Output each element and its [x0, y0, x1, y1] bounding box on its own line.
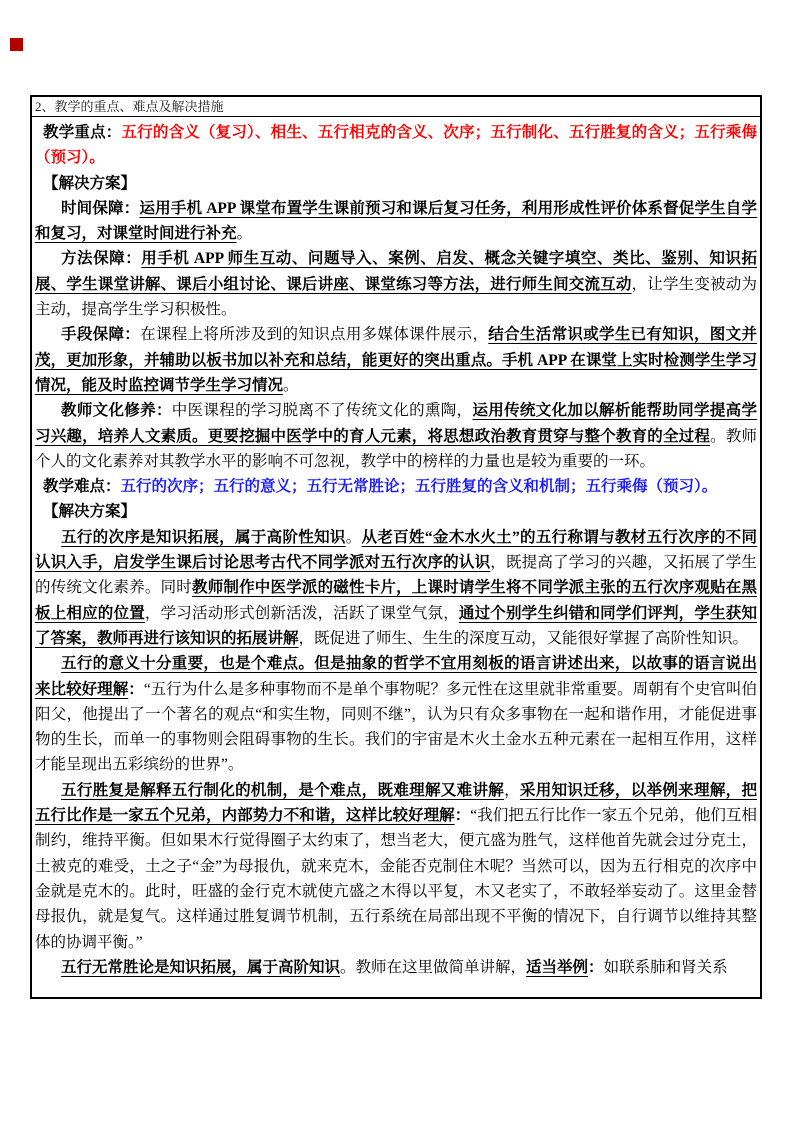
text-run: 教师文化修养： — [61, 402, 172, 419]
paragraph: 五行无常胜论是知识拓展，属于高阶知识。教师在这里做简单讲解，适当举例：如联系肺和… — [35, 955, 757, 980]
paragraph: 教学难点：五行的次序；五行的意义；五行无常胜论；五行胜复的含义和机制；五行乘侮（… — [35, 474, 757, 499]
text-run: 五行无常胜论是知识拓展，属于高阶知识 — [61, 959, 340, 976]
text-run: 适当举例 — [526, 959, 588, 976]
text-run: ，学习活动形式创新活泼，活跃了课堂气氛， — [145, 605, 459, 622]
text-run: ： — [128, 681, 144, 698]
text-run: 如联系肺和肾关系 — [604, 959, 728, 976]
text-run: 教学重点： — [43, 124, 121, 141]
section-header-row: 2、教学的重点、难点及解决措施 — [32, 97, 760, 117]
paragraph: 【解决方案】 — [35, 171, 757, 196]
lesson-plan-table: 2、教学的重点、难点及解决措施 教学重点：五行的含义（复习）、相生、五行相克的含… — [30, 95, 762, 999]
text-run: 。 — [237, 225, 253, 242]
document-page: 2、教学的重点、难点及解决措施 教学重点：五行的含义（复习）、相生、五行相克的含… — [0, 0, 794, 1123]
text-run: “我们把五行比作一家五个兄弟，他们互相制约，维持平衡。但如果木行觉得圈子太约束了… — [35, 807, 757, 950]
text-run: 五行的含义（复习）、相生、五行相克的含义、次序；五行制化、五行胜复的含义；五行乘… — [35, 124, 757, 166]
paragraph: 五行胜复是解释五行制化的机制，是个难点，既难理解又难讲解，采用知识迁移，以举例来… — [35, 778, 757, 955]
text-run: 五行胜复是解释五行制化的机制，是个难点，既难理解又难讲解 — [61, 782, 504, 799]
text-run: 五行的次序是知识拓展，属于高阶性知识 — [61, 529, 346, 546]
text-run: 。 — [283, 377, 299, 394]
text-run: 【解决方案】 — [43, 503, 136, 520]
text-run: 手段保障： — [61, 326, 140, 343]
text-run: 【解决方案】 — [43, 175, 136, 192]
red-square-icon — [10, 38, 23, 51]
paragraph: 教师文化修养：中医课程的学习脱离不了传统文化的熏陶，运用传统文化加以解析能帮助同… — [35, 398, 757, 474]
text-run: 五行的次序；五行的意义；五行无常胜论；五行胜复的含义和机制；五行乘侮（预习）。 — [121, 478, 718, 495]
text-run: ，既促进了师生、生生的深度互动，又能很好掌握了高阶性知识。 — [299, 630, 749, 647]
paragraph: 【解决方案】 — [35, 499, 757, 524]
text-run: 运用手机 APP 课堂布置学生课前预习和课后复习任务，利用形成性评价体系督促学生… — [35, 200, 757, 242]
paragraph: 教学重点：五行的含义（复习）、相生、五行相克的含义、次序；五行制化、五行胜复的含… — [35, 120, 757, 171]
text-run: 教学难点： — [43, 478, 121, 495]
text-run: 方法保障： — [61, 250, 141, 267]
paragraph: 时间保障：运用手机 APP 课堂布置学生课前预习和课后复习任务，利用形成性评价体… — [35, 196, 757, 247]
paragraph: 方法保障：用手机 APP 师生互动、问题导入、案例、启发、概念关键字填空、类比、… — [35, 246, 757, 322]
text-run: 。教师在这里做简单讲解， — [340, 959, 526, 976]
section-header-title: 2、教学的重点、难点及解决措施 — [35, 99, 224, 114]
text-run: ： — [588, 959, 604, 976]
text-run: “五行为什么是多种事物而不是单个事物呢？多元性在这里就非常重要。周朝有个史官叫伯… — [35, 681, 757, 774]
body-cell: 教学重点：五行的含义（复习）、相生、五行相克的含义、次序；五行制化、五行胜复的含… — [32, 117, 760, 997]
text-run: 中医课程的学习脱离不了传统文化的熏陶， — [172, 402, 473, 419]
text-run: ： — [455, 807, 471, 824]
paragraph: 手段保障：在课程上将所涉及到的知识点用多媒体课件展示，结合生活常识或学生已有知识… — [35, 322, 757, 398]
paragraph: 五行的意义十分重要，也是个难点。但是抽象的哲学不宜用刻板的语言讲述出来，以故事的… — [35, 651, 757, 777]
text-run: 在课程上将所涉及到的知识点用多媒体课件展示， — [140, 326, 488, 343]
text-run: ， — [504, 782, 520, 799]
text-run: 。 — [346, 529, 362, 546]
text-run: 时间保障： — [61, 200, 139, 217]
paragraph: 五行的次序是知识拓展，属于高阶性知识。从老百姓“金木水火土”的五行称谓与教材五行… — [35, 525, 757, 651]
